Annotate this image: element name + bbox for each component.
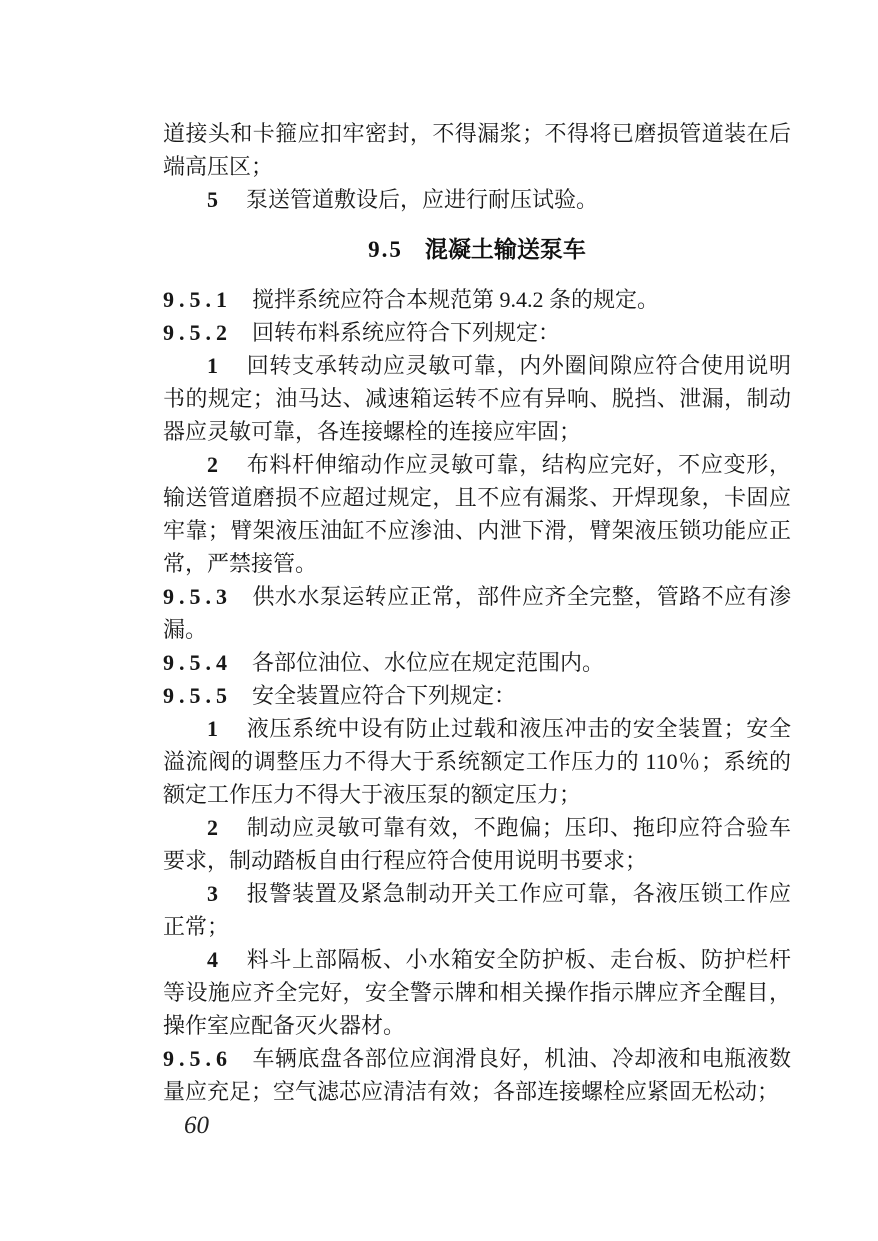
paragraph-text: 泵送管道敷设后，应进行耐压试验。 bbox=[246, 187, 598, 212]
section-heading-title: 混凝土输送泵车 bbox=[425, 237, 586, 262]
clause-paragraph: 9.5.6车辆底盘各部位应润滑良好，机油、冷却液和电瓶液数量应充足；空气滤芯应清… bbox=[163, 1042, 791, 1108]
item-number: 2 bbox=[207, 452, 246, 477]
paragraph-text: 回转布料系统应符合下列规定： bbox=[252, 320, 560, 345]
item-number: 1 bbox=[207, 353, 246, 378]
paragraph-text: 道接头和卡箍应扣牢密封，不得漏浆；不得将已磨损管道装在后端高压区； bbox=[163, 121, 791, 179]
paragraph-text: 回转支承转动应灵敏可靠，内外圈间隙应符合使用说明书的规定；油马达、减速箱运转不应… bbox=[163, 353, 791, 444]
paragraph-text: 布料杆伸缩动作应灵敏可靠，结构应完好，不应变形，输送管道磨损不应超过规定，且不应… bbox=[163, 452, 791, 576]
paragraph-text: 料斗上部隔板、小水箱安全防护板、走台板、防护栏杆等设施应齐全完好，安全警示牌和相… bbox=[163, 947, 791, 1038]
paragraph-text: 液压系统中设有防止过载和液压冲击的安全装置；安全溢流阀的调整压力不得大于系统额定… bbox=[163, 716, 791, 807]
section-heading: 9.5混凝土输送泵车 bbox=[163, 233, 791, 266]
clause-number: 9.5.4 bbox=[163, 650, 252, 675]
paragraph-text: 车辆底盘各部位应润滑良好，机油、冷却液和电瓶液数量应充足；空气滤芯应清洁有效；各… bbox=[163, 1046, 791, 1104]
clause-paragraph: 9.5.4各部位油位、水位应在规定范围内。 bbox=[163, 646, 791, 679]
clause-paragraph: 9.5.3供水水泵运转应正常，部件应齐全完整，管路不应有渗漏。 bbox=[163, 580, 791, 646]
document-text-block: 道接头和卡箍应扣牢密封，不得漏浆；不得将已磨损管道装在后端高压区；5泵送管道敷设… bbox=[163, 117, 791, 1108]
clause-number: 9.5.2 bbox=[163, 320, 252, 345]
list-item-paragraph: 5泵送管道敷设后，应进行耐压试验。 bbox=[163, 183, 791, 216]
item-number: 4 bbox=[207, 947, 246, 972]
clause-number: 9.5.6 bbox=[163, 1046, 252, 1071]
list-item-paragraph: 1液压系统中设有防止过载和液压冲击的安全装置；安全溢流阀的调整压力不得大于系统额… bbox=[163, 712, 791, 811]
paragraph-text: 搅拌系统应符合本规范第 9.4.2 条的规定。 bbox=[252, 287, 659, 312]
item-number: 1 bbox=[207, 716, 246, 741]
list-item-paragraph: 3报警装置及紧急制动开关工作应可靠，各液压锁工作应正常； bbox=[163, 877, 791, 943]
paragraph-text: 制动应灵敏可靠有效，不跑偏；压印、拖印应符合验车要求，制动踏板自由行程应符合使用… bbox=[163, 815, 791, 873]
paragraph-text: 安全装置应符合下列规定： bbox=[252, 683, 516, 708]
continuation-paragraph: 道接头和卡箍应扣牢密封，不得漏浆；不得将已磨损管道装在后端高压区； bbox=[163, 117, 791, 183]
item-number: 2 bbox=[207, 815, 246, 840]
paragraph-text: 供水水泵运转应正常，部件应齐全完整，管路不应有渗漏。 bbox=[163, 584, 791, 642]
page-number: 60 bbox=[184, 1109, 209, 1142]
clause-number: 9.5.1 bbox=[163, 287, 252, 312]
clause-number: 9.5.3 bbox=[163, 584, 252, 609]
clause-paragraph: 9.5.1搅拌系统应符合本规范第 9.4.2 条的规定。 bbox=[163, 283, 791, 316]
list-item-paragraph: 4料斗上部隔板、小水箱安全防护板、走台板、防护栏杆等设施应齐全完好，安全警示牌和… bbox=[163, 943, 791, 1042]
clause-paragraph: 9.5.2回转布料系统应符合下列规定： bbox=[163, 316, 791, 349]
clause-paragraph: 9.5.5安全装置应符合下列规定： bbox=[163, 679, 791, 712]
item-number: 3 bbox=[207, 881, 246, 906]
paragraph-text: 报警装置及紧急制动开关工作应可靠，各液压锁工作应正常； bbox=[163, 881, 791, 939]
paragraph-text: 各部位油位、水位应在规定范围内。 bbox=[252, 650, 604, 675]
clause-number: 9.5.5 bbox=[163, 683, 252, 708]
list-item-paragraph: 2布料杆伸缩动作应灵敏可靠，结构应完好，不应变形，输送管道磨损不应超过规定，且不… bbox=[163, 448, 791, 580]
section-heading-number: 9.5 bbox=[368, 237, 425, 262]
list-item-paragraph: 2制动应灵敏可靠有效，不跑偏；压印、拖印应符合验车要求，制动踏板自由行程应符合使… bbox=[163, 811, 791, 877]
document-page: 道接头和卡箍应扣牢密封，不得漏浆；不得将已磨损管道装在后端高压区；5泵送管道敷设… bbox=[0, 0, 878, 1241]
list-item-paragraph: 1回转支承转动应灵敏可靠，内外圈间隙应符合使用说明书的规定；油马达、减速箱运转不… bbox=[163, 349, 791, 448]
item-number: 5 bbox=[207, 187, 246, 212]
